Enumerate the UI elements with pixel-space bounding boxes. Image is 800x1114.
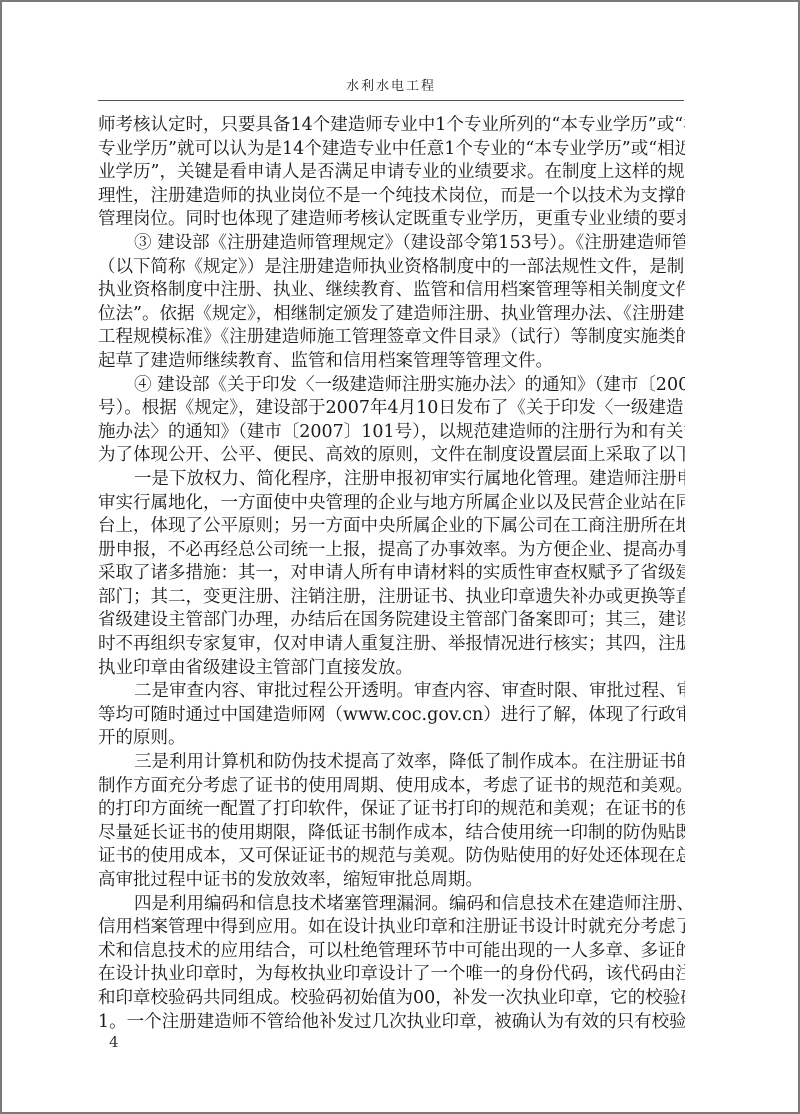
text-line: 起草了建造师继续教育、监管和信用档案管理等管理文件。 — [98, 350, 685, 374]
text-line: 位法”。依据《规定》，相继制定颁发了建造师注册、执业管理办法、《注册建造师执业 — [98, 303, 685, 327]
text-line: 信用档案管理中得到应用。如在设计执业印章和注册证书设计时就充分考虑了编码技 — [98, 916, 685, 940]
paragraph: 师考核认定时，只要具备14个建造师专业中1个专业所列的“本专业学历”或“相近专业… — [98, 114, 685, 232]
paragraph: ④ 建设部《关于印发〈一级建造师注册实施办法〉的通知》（建市〔2007〕101号… — [98, 374, 685, 468]
text-line: 二是审查内容、审批过程公开透明。审查内容、审查时限、审批过程、审批结果 — [98, 680, 685, 704]
text-line: 工程规模标准》《注册建造师施工管理签章文件目录》（试行）等制度实施类的文件， — [98, 326, 685, 350]
text-line: 等均可随时通过中国建造师网（www.coc.gov.cn）进行了解，体现了行政审… — [98, 704, 685, 728]
paragraph: 四是利用编码和信息技术堵塞管理漏洞。编码和信息技术在建造师注册、执业、信用档案管… — [98, 893, 685, 1035]
text-line: 执业资格制度中注册、执业、继续教育、监管和信用档案管理等相关制度文件的“上 — [98, 279, 685, 303]
text-line: 管理岗位。同时也体现了建造师考核认定既重专业学历，更重专业业绩的要求。 — [98, 208, 685, 232]
text-line: 部门；其二，变更注册、注销注册，注册证书、执业印章遗失补办或更换等直接委托 — [98, 586, 685, 610]
text-line: ③ 建设部《注册建造师管理规定》（建设部令第153号）。《注册建造师管理规定》 — [98, 232, 685, 256]
text-line: 审实行属地化，一方面使中央管理的企业与地方所属企业以及民营企业站在同一个平 — [98, 492, 685, 516]
text-line: 业学历”，关键是看申请人是否满足申请专业的业绩要求。在制度上这样的规定有其合 — [98, 161, 685, 185]
text-line: 术和信息技术的应用结合，可以杜绝管理环节中可能出现的一人多章、多证的现象。 — [98, 940, 685, 964]
text-line: 制作方面充分考虑了证书的使用周期、使用成本，考虑了证书的规范和美观。在证书 — [98, 775, 685, 799]
text-line: 省级建设主管部门办理，办结后在国务院建设主管部门备案即可；其三，建设部审批 — [98, 609, 685, 633]
text-line: 和印章校验码共同组成。校验码初始值为00，补发一次执业印章，它的校验码就要加 — [98, 987, 685, 1011]
text-line: 执业印章由省级建设主管部门直接发放。 — [98, 657, 685, 681]
text-line: 一是下放权力、简化程序，注册申报初审实行属地化管理。建造师注册申报、初 — [98, 468, 685, 492]
text-line: 时不再组织专家复审，仅对申请人重复注册、举报情况进行核实；其四，注册证书和 — [98, 633, 685, 657]
text-line: ④ 建设部《关于印发〈一级建造师注册实施办法〉的通知》（建市〔2007〕101 — [98, 374, 685, 398]
text-line: （以下简称《规定》）是注册建造师执业资格制度中的一部法规性文件，是制定建造师 — [98, 256, 685, 280]
text-line: 开的原则。 — [98, 727, 685, 751]
text-line: 三是利用计算机和防伪技术提高了效率，降低了制作成本。在注册证书的设计、 — [98, 751, 685, 775]
text-line: 师考核认定时，只要具备14个建造师专业中1个专业所列的“本专业学历”或“相近 — [98, 114, 685, 138]
body-text: 师考核认定时，只要具备14个建造师专业中1个专业所列的“本专业学历”或“相近专业… — [98, 114, 685, 1034]
text-line: 在设计执业印章时，为每枚执业印章设计了一个唯一的身份代码，该代码由注册编号 — [98, 963, 685, 987]
paragraph: 二是审查内容、审批过程公开透明。审查内容、审查时限、审批过程、审批结果等均可随时… — [98, 680, 685, 751]
text-line: 四是利用编码和信息技术堵塞管理漏洞。编码和信息技术在建造师注册、执业、 — [98, 893, 685, 917]
text-line: 专业学历”就可以认为是14个建造专业中任意1个专业的“本专业学历”或“相近专 — [98, 138, 685, 162]
text-line: 为了体现公开、公平、便民、高效的原则，文件在制度设置层面上采取了以下措施： — [98, 444, 685, 468]
text-line: 理性，注册建造师的执业岗位不是一个纯技术岗位，而是一个以技术为支撑的综合性 — [98, 185, 685, 209]
paragraph: ③ 建设部《注册建造师管理规定》（建设部令第153号）。《注册建造师管理规定》（… — [98, 232, 685, 374]
text-line: 尽量延长证书的使用期限，降低证书制作成本，结合使用统一印制的防伪贴既可降低 — [98, 822, 685, 846]
text-line: 号）。根据《规定》，建设部于2007年4月10日发布了《关于印发〈一级建造师注册… — [98, 397, 685, 421]
paragraph: 三是利用计算机和防伪技术提高了效率，降低了制作成本。在注册证书的设计、制作方面充… — [98, 751, 685, 893]
text-line: 册申报，不必再经总公司统一上报，提高了办事效率。为方便企业、提高办事效率， — [98, 539, 685, 563]
running-header-title: 水利水电工程 — [98, 75, 684, 94]
header-rule — [98, 100, 684, 101]
text-line: 1。一个注册建造师不管给他补发过几次执业印章，被确认为有效的只有校验码最大的 — [98, 1011, 685, 1035]
paragraph: 一是下放权力、简化程序，注册申报初审实行属地化管理。建造师注册申报、初审实行属地… — [98, 468, 685, 680]
text-line: 台上，体现了公平原则；另一方面中央所属企业的下属公司在工商注册所在地进行注 — [98, 515, 685, 539]
text-line: 高审批过程中证书的发放效率，缩短审批总周期。 — [98, 869, 685, 893]
text-line: 的打印方面统一配置了打印软件，保证了证书打印的规范和美观；在证书的使用方面 — [98, 798, 685, 822]
document-page: 水利水电工程 师考核认定时，只要具备14个建造师专业中1个专业所列的“本专业学历… — [0, 0, 800, 1114]
text-line: 采取了诸多措施：其一，对申请人所有申请材料的实质性审查权赋予了省级建设主管 — [98, 562, 685, 586]
text-line: 证书的使用成本，又可保证证书的规范与美观。防伪贴使用的好处还体现在总体上提 — [98, 845, 685, 869]
page-number: 4 — [109, 1033, 119, 1051]
text-line: 施办法〉的通知》（建市〔2007〕101号），以规范建造师的注册行为和有关管理行… — [98, 421, 685, 445]
